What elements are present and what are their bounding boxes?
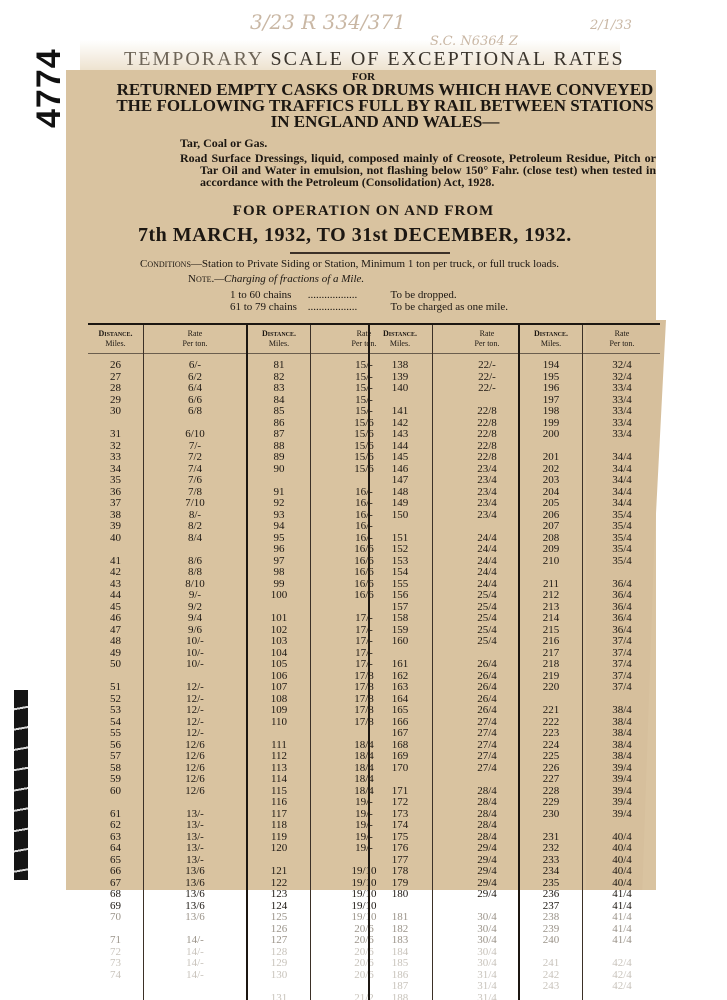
rate-cell: 6/4 xyxy=(145,383,245,395)
distance-cell: 241 xyxy=(520,958,582,970)
distance-cell: 216 xyxy=(520,636,582,648)
distance-cell: 118 xyxy=(248,820,310,832)
rate-cell: 39/4 xyxy=(584,809,660,821)
distance-cell: 160 xyxy=(370,636,430,648)
distance-cell: 112 xyxy=(248,751,310,763)
distance-cell: 180 xyxy=(370,889,430,901)
traffic-item-road-dressings: Road Surface Dressings, liquid, composed… xyxy=(180,152,656,188)
operation-heading: FOR OPERATION ON AND FROM xyxy=(0,203,727,220)
distance-cell: 83 xyxy=(248,383,310,395)
rate-cell: 9/- xyxy=(145,590,245,602)
rate-cell: 6/8 xyxy=(145,406,245,418)
distance-cell: 214 xyxy=(520,613,582,625)
distance-cell: 212 xyxy=(520,590,582,602)
distance-cell: 44 xyxy=(88,590,143,602)
distance-cell: 129 xyxy=(248,958,310,970)
distance-cell: 207 xyxy=(520,521,582,533)
distance-cell: 59 xyxy=(88,774,143,786)
row-gap xyxy=(88,544,143,556)
rate-column-header: RatePer ton. xyxy=(145,329,245,349)
rate-cell: 36/4 xyxy=(584,590,660,602)
second-distance-column: 8182838485868788899091929394959697989910… xyxy=(248,360,310,1000)
distance-cell: 234 xyxy=(520,866,582,878)
rate-cell: 12/- xyxy=(145,728,245,740)
distance-cell: 176 xyxy=(370,843,430,855)
rate-cell: 32/4 xyxy=(584,360,660,372)
rate-cell: 37/4 xyxy=(584,659,660,671)
distance-cell: 100 xyxy=(248,590,310,602)
distance-cell: 42 xyxy=(88,567,143,579)
distance-cell: 210 xyxy=(520,556,582,568)
rate-cell: 35/4 xyxy=(584,544,660,556)
distance-cell: 165 xyxy=(370,705,430,717)
distance-cell: 243 xyxy=(520,981,582,993)
distance-cell: 143 xyxy=(370,429,430,441)
row-gap xyxy=(520,820,582,832)
distance-cell: 196 xyxy=(520,383,582,395)
distance-cell: 194 xyxy=(520,360,582,372)
distance-cell: 229 xyxy=(520,797,582,809)
distance-cell: 48 xyxy=(88,636,143,648)
distance-cell: 53 xyxy=(88,705,143,717)
first-distance-column: 2627282930313233343536373839404142434445… xyxy=(88,360,143,981)
row-gap xyxy=(584,820,660,832)
rate-cell: 33/4 xyxy=(584,383,660,395)
distance-cell: 131 xyxy=(248,993,310,1000)
row-gap xyxy=(584,567,660,579)
distance-cell: 96 xyxy=(248,544,310,556)
distance-cell: 203 xyxy=(520,475,582,487)
distance-cell: 28 xyxy=(88,383,143,395)
distance-cell: 90 xyxy=(248,464,310,476)
distance-cell: 150 xyxy=(370,510,430,522)
distance-cell: 227 xyxy=(520,774,582,786)
row-gap xyxy=(248,475,310,487)
rate-cell: 13/6 xyxy=(145,866,245,878)
column-divider xyxy=(432,325,433,1000)
header-line: Per ton. xyxy=(145,339,245,349)
chain-rule: 1 to 60 chains .................. To be … xyxy=(230,289,457,301)
distance-cell: 103 xyxy=(248,636,310,648)
distance-cell: 141 xyxy=(370,406,430,418)
rate-cell: 14/- xyxy=(145,970,245,982)
distance-cell: 187 xyxy=(370,981,430,993)
operation-dates: 7th MARCH, 1932, TO 31st DECEMBER, 1932. xyxy=(138,224,572,247)
chain-range: 1 to 60 chains xyxy=(230,289,305,301)
distance-cell: 39 xyxy=(88,521,143,533)
rate-cell: 12/6 xyxy=(145,751,245,763)
first-rate-column: 6/-6/26/46/66/86/107/-7/27/47/67/87/108/… xyxy=(145,360,245,981)
distance-column-header: Distance.Miles. xyxy=(520,329,582,349)
distance-cell: 120 xyxy=(248,843,310,855)
rate-cell: 8/4 xyxy=(145,533,245,545)
handwritten-date-fraction: 2/1/33 xyxy=(590,18,632,33)
rate-cell: 7/10 xyxy=(145,498,245,510)
distance-cell: 101 xyxy=(248,613,310,625)
table-header-row: Distance.Miles.RatePer ton.Distance.Mile… xyxy=(88,323,660,354)
row-gap xyxy=(370,774,430,786)
rate-cell: 42/4 xyxy=(584,958,660,970)
distance-cell: 55 xyxy=(88,728,143,740)
header-line: Miles. xyxy=(88,339,143,349)
distance-cell: 185 xyxy=(370,958,430,970)
distance-cell: 40 xyxy=(88,533,143,545)
distance-cell: 232 xyxy=(520,843,582,855)
distance-cell: 114 xyxy=(248,774,310,786)
rate-cell: 14/- xyxy=(145,958,245,970)
rate-cell: 14/- xyxy=(145,935,245,947)
distance-cell: 30 xyxy=(88,406,143,418)
distance-cell: 130 xyxy=(248,970,310,982)
rate-cell: 38/4 xyxy=(584,751,660,763)
fourth-distance-column: 1941951961971981992002012022032042052062… xyxy=(520,360,582,993)
rate-cell: 40/4 xyxy=(584,866,660,878)
distance-cell: 81 xyxy=(248,360,310,372)
distance-cell: 172 xyxy=(370,797,430,809)
distance-column-header: Distance.Miles. xyxy=(88,329,143,349)
distance-cell: 221 xyxy=(520,705,582,717)
distance-cell: 92 xyxy=(248,498,310,510)
distance-cell: 37 xyxy=(88,498,143,510)
distance-cell: 87 xyxy=(248,429,310,441)
title-light-word: TEMPORARY xyxy=(124,48,264,70)
distance-cell: 73 xyxy=(88,958,143,970)
rate-cell: 35/4 xyxy=(584,556,660,568)
distance-cell: 181 xyxy=(370,912,430,924)
note-text: —Charging of fractions of a Mile. xyxy=(214,273,364,285)
rate-cell: 36/4 xyxy=(584,613,660,625)
distance-cell: 127 xyxy=(248,935,310,947)
distance-cell: 161 xyxy=(370,659,430,671)
distance-cell: 178 xyxy=(370,866,430,878)
distance-cell: 57 xyxy=(88,751,143,763)
rate-cell: 35/4 xyxy=(584,521,660,533)
distance-cell: 201 xyxy=(520,452,582,464)
distance-cell: 121 xyxy=(248,866,310,878)
rate-cell: 31/4 xyxy=(434,993,540,1000)
distance-cell: 188 xyxy=(370,993,430,1000)
distance-cell: 33 xyxy=(88,452,143,464)
row-gap xyxy=(248,728,310,740)
divider-rule xyxy=(290,252,450,254)
distance-cell: 35 xyxy=(88,475,143,487)
note-label: Note. xyxy=(188,273,214,285)
rate-cell: 34/4 xyxy=(584,498,660,510)
distance-cell: 105 xyxy=(248,659,310,671)
rate-cell: 39/4 xyxy=(584,797,660,809)
rate-cell: 9/4 xyxy=(145,613,245,625)
distance-cell: 107 xyxy=(248,682,310,694)
distance-cell: 74 xyxy=(88,970,143,982)
chain-dots: .................. xyxy=(308,301,388,313)
distance-cell: 51 xyxy=(88,682,143,694)
distance-cell: 236 xyxy=(520,889,582,901)
distance-cell: 220 xyxy=(520,682,582,694)
distance-cell: 167 xyxy=(370,728,430,740)
handwritten-reference: 3/23 R 334/371 xyxy=(250,10,406,34)
chain-action: To be charged as one mile. xyxy=(391,301,509,313)
distance-cell: 205 xyxy=(520,498,582,510)
rate-cell: 6/10 xyxy=(145,429,245,441)
rate-cell: 34/4 xyxy=(584,475,660,487)
row-gap xyxy=(145,544,245,556)
row-gap xyxy=(370,521,430,533)
distance-cell: 46 xyxy=(88,613,143,625)
header-line: Rate xyxy=(145,329,245,339)
rate-cell: 38/4 xyxy=(584,705,660,717)
distance-cell: 163 xyxy=(370,682,430,694)
distance-cell: 26 xyxy=(88,360,143,372)
distance-cell: 109 xyxy=(248,705,310,717)
third-distance-column: 1381391401411421431441451461471481491501… xyxy=(370,360,430,1000)
distance-cell: 218 xyxy=(520,659,582,671)
header-line: Distance. xyxy=(370,329,430,339)
header-line: Miles. xyxy=(370,339,430,349)
rate-cell: 37/4 xyxy=(584,682,660,694)
rate-cell: 12/- xyxy=(145,705,245,717)
chain-rule: 61 to 79 chains .................. To be… xyxy=(230,301,508,313)
distance-column-header: Distance.Miles. xyxy=(248,329,310,349)
distance-cell: 198 xyxy=(520,406,582,418)
distance-cell: 123 xyxy=(248,889,310,901)
distance-cell: 140 xyxy=(370,383,430,395)
distance-cell: 156 xyxy=(370,590,430,602)
rate-cell: 38/4 xyxy=(584,728,660,740)
fourth-rate-column: 32/432/433/433/433/433/433/434/434/434/4… xyxy=(584,360,660,993)
rate-column-header: RatePer ton. xyxy=(584,329,660,349)
distance-cell: 71 xyxy=(88,935,143,947)
distance-cell: 209 xyxy=(520,544,582,556)
rate-cell: 41/4 xyxy=(584,912,660,924)
handwritten-ref-code: S.C. N6364 Z xyxy=(430,34,518,49)
title-main: SCALE OF EXCEPTIONAL RATES xyxy=(271,48,625,70)
distance-cell: 183 xyxy=(370,935,430,947)
rate-cell: 7/6 xyxy=(145,475,245,487)
chain-action: To be dropped. xyxy=(391,289,457,301)
traffic-item-tar: Tar, Coal or Gas. xyxy=(180,136,267,151)
rate-cell: 8/8 xyxy=(145,567,245,579)
distance-cell: 145 xyxy=(370,452,430,464)
distance-cell: 85 xyxy=(248,406,310,418)
distance-cell: 240 xyxy=(520,935,582,947)
rate-cell: 6/- xyxy=(145,360,245,372)
distance-cell: 60 xyxy=(88,786,143,798)
document-title: TEMPORARY SCALE OF EXCEPTIONAL RATES xyxy=(124,48,644,71)
rate-cell: 34/4 xyxy=(584,452,660,464)
distance-cell: 116 xyxy=(248,797,310,809)
rate-cell: 39/4 xyxy=(584,774,660,786)
distance-cell: 147 xyxy=(370,475,430,487)
distance-cell: 70 xyxy=(88,912,143,924)
subhead-line: IN ENGLAND AND WALES— xyxy=(80,114,690,130)
distance-cell: 158 xyxy=(370,613,430,625)
rate-cell: 40/4 xyxy=(584,843,660,855)
conditions-label: Conditions xyxy=(140,258,191,270)
distance-cell: 169 xyxy=(370,751,430,763)
row-gap xyxy=(520,567,582,579)
distance-cell: 200 xyxy=(520,429,582,441)
rate-cell: 37/4 xyxy=(584,636,660,648)
header-line: Distance. xyxy=(88,329,143,339)
row-gap xyxy=(145,797,245,809)
distance-cell: 230 xyxy=(520,809,582,821)
distance-cell: 31 xyxy=(88,429,143,441)
rate-cell: 8/2 xyxy=(145,521,245,533)
header-line: Miles. xyxy=(520,339,582,349)
header-line: Distance. xyxy=(520,329,582,339)
rate-cell: 42/4 xyxy=(584,981,660,993)
rate-cell: 12/6 xyxy=(145,786,245,798)
distance-cell: 149 xyxy=(370,498,430,510)
distance-cell: 89 xyxy=(248,452,310,464)
distance-cell: 62 xyxy=(88,820,143,832)
row-gap xyxy=(88,797,143,809)
rate-cell: 33/4 xyxy=(584,406,660,418)
document-subheading: RETURNED EMPTY CASKS OR DRUMS WHICH HAVE… xyxy=(80,82,690,130)
rate-cell: 10/- xyxy=(145,659,245,671)
distance-cell: 174 xyxy=(370,820,430,832)
distance-cell: 225 xyxy=(520,751,582,763)
binding-strip xyxy=(14,690,28,880)
conditions-line: Conditions—Station to Private Siding or … xyxy=(140,258,559,270)
rate-cell: 13/- xyxy=(145,820,245,832)
archive-stamp-number: 4774 xyxy=(30,48,69,128)
note-line: Note.—Charging of fractions of a Mile. xyxy=(188,273,364,285)
distance-cell: 94 xyxy=(248,521,310,533)
rate-cell: 12/6 xyxy=(145,774,245,786)
chain-dots: .................. xyxy=(308,289,388,301)
rate-cell: 12/- xyxy=(145,682,245,694)
distance-cell: 50 xyxy=(88,659,143,671)
distance-cell: 152 xyxy=(370,544,430,556)
rate-cell: 33/4 xyxy=(584,429,660,441)
row-gap xyxy=(248,981,310,993)
distance-cell: 110 xyxy=(248,717,310,729)
rate-cell: 41/4 xyxy=(584,935,660,947)
column-divider xyxy=(310,325,311,1000)
header-line: Distance. xyxy=(248,329,310,339)
rate-cell: 13/6 xyxy=(145,912,245,924)
paper-right-margin xyxy=(660,0,727,1000)
rate-cell: 13/6 xyxy=(145,889,245,901)
distance-cell: 154 xyxy=(370,567,430,579)
distance-cell: 138 xyxy=(370,360,430,372)
distance-cell: 66 xyxy=(88,866,143,878)
header-line: Rate xyxy=(584,329,660,339)
distance-cell: 125 xyxy=(248,912,310,924)
header-line: Miles. xyxy=(248,339,310,349)
rate-cell: 13/- xyxy=(145,843,245,855)
distance-cell: 64 xyxy=(88,843,143,855)
distance-cell: 170 xyxy=(370,763,430,775)
distance-cell: 238 xyxy=(520,912,582,924)
rate-cell: 7/2 xyxy=(145,452,245,464)
conditions-text: —Station to Private Siding or Station, M… xyxy=(191,258,559,270)
distance-cell: 223 xyxy=(520,728,582,740)
distance-column-header: Distance.Miles. xyxy=(370,329,430,349)
distance-cell: 68 xyxy=(88,889,143,901)
column-divider xyxy=(143,325,144,1000)
chain-range: 61 to 79 chains xyxy=(230,301,305,313)
column-divider xyxy=(582,325,583,1000)
distance-cell: 98 xyxy=(248,567,310,579)
header-line: Per ton. xyxy=(584,339,660,349)
rate-cell: 41/4 xyxy=(584,889,660,901)
rate-cell: 10/- xyxy=(145,636,245,648)
